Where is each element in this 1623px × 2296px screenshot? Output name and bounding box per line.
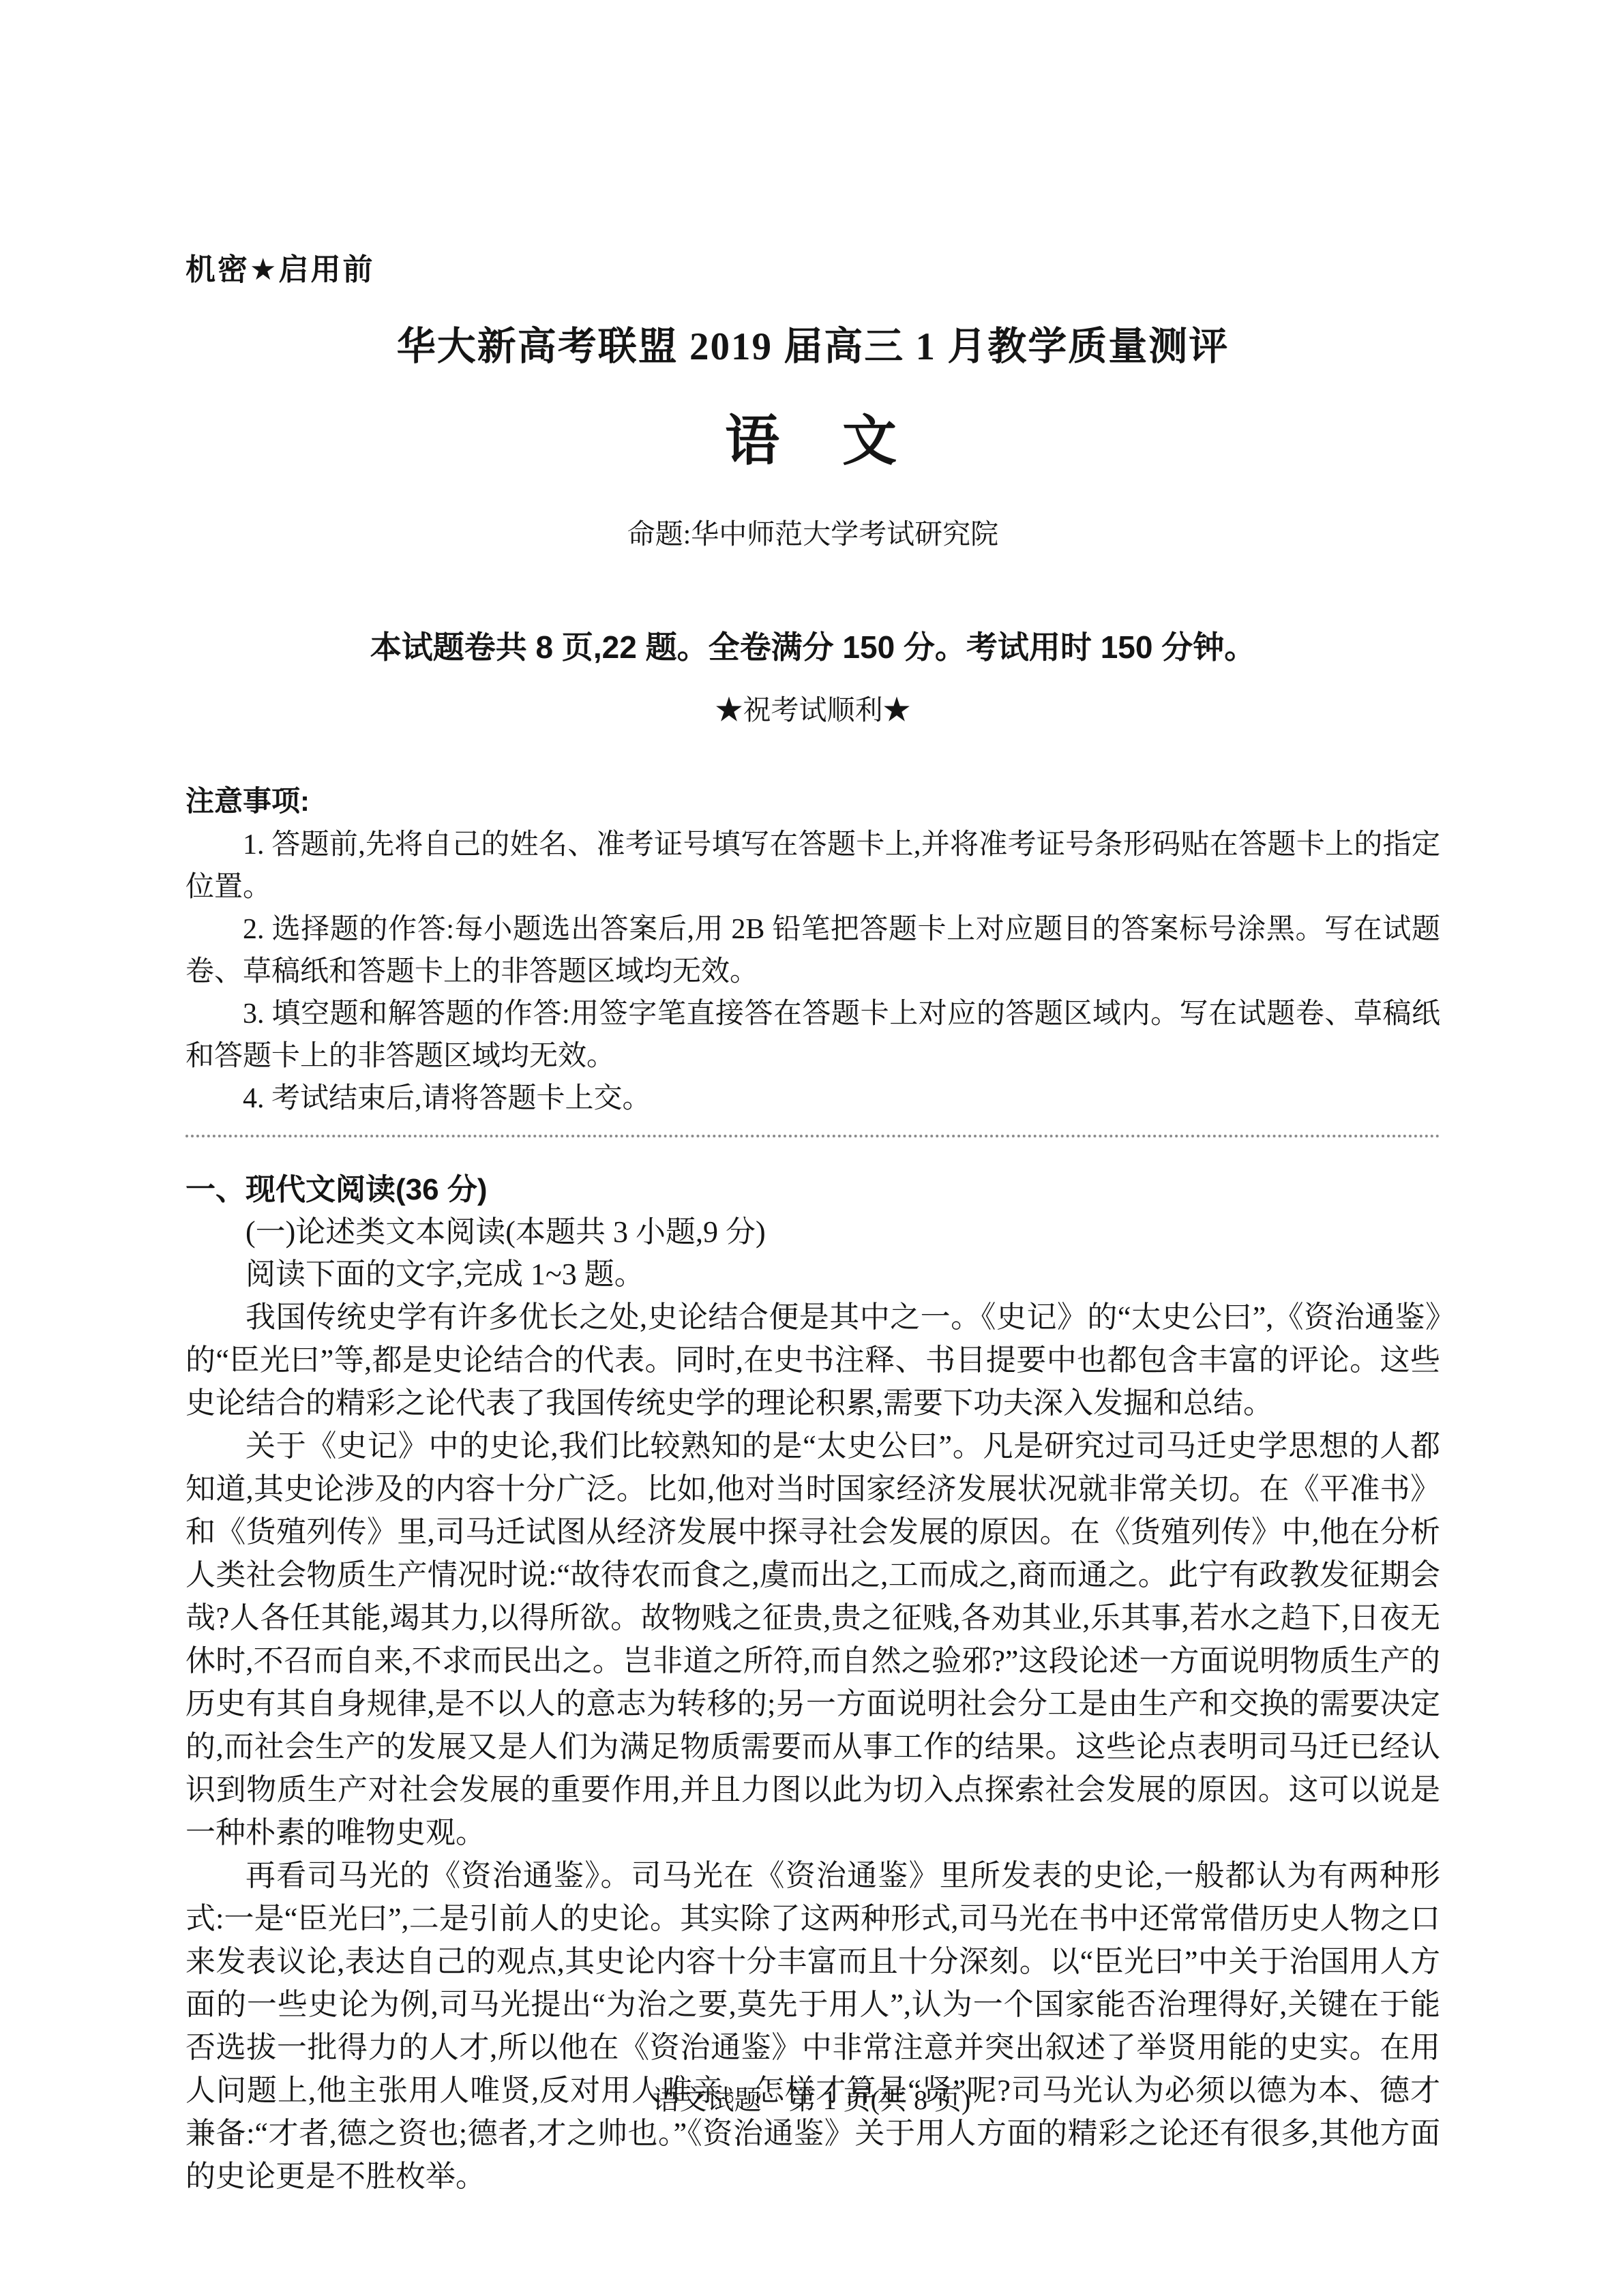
- blessing-line: ★祝考试顺利★: [185, 694, 1440, 726]
- passage-paragraph-2: 关于《史记》中的史论,我们比较熟知的是“太史公曰”。凡是研究过司马迁史学思想的人…: [185, 1425, 1440, 1854]
- notices-block: 注意事项: 1. 答题前,先将自己的姓名、准考证号填写在答题卡上,并将准考证号条…: [185, 786, 1440, 1120]
- exam-title: 华大新高考联盟 2019 届高三 1 月教学质量测评: [185, 326, 1440, 368]
- notice-item-1: 1. 答题前,先将自己的姓名、准考证号填写在答题卡上,并将准考证号条形码贴在答题…: [185, 824, 1440, 908]
- notice-item-3: 3. 填空题和解答题的作答:用签字笔直接答在答题卡上对应的答题区域内。写在试题卷…: [185, 993, 1440, 1077]
- confidential-marking: 机密★启用前: [185, 254, 1440, 286]
- page-number-footer: 语文试题 第 1 页(共 8 页): [0, 2085, 1623, 2115]
- section-subheading: (一)论述类文本阅读(本题共 3 小题,9 分): [185, 1211, 1440, 1253]
- passage-paragraph-1: 我国传统史学有许多优长之处,史论结合便是其中之一。《史记》的“太史公曰”,《资治…: [185, 1296, 1440, 1425]
- proposer-line: 命题:华中师范大学考试研究院: [185, 518, 1440, 550]
- exam-paper-page: 机密★启用前 华大新高考联盟 2019 届高三 1 月教学质量测评 语 文 命题…: [0, 0, 1623, 2296]
- dotted-divider: [185, 1135, 1440, 1137]
- section-heading: 一、现代文阅读(36 分): [185, 1173, 1440, 1207]
- notice-item-2: 2. 选择题的作答:每小题选出答案后,用 2B 铅笔把答题卡上对应题目的答案标号…: [185, 908, 1440, 993]
- passage-paragraph-3: 再看司马光的《资治通鉴》。司马光在《资治通鉴》里所发表的史论,一般都认为有两种形…: [185, 1854, 1440, 2198]
- notice-item-4: 4. 考试结束后,请将答题卡上交。: [185, 1077, 1440, 1120]
- subject-title: 语 文: [185, 413, 1440, 471]
- notices-heading: 注意事项:: [185, 786, 1440, 817]
- reading-instruction: 阅读下面的文字,完成 1~3 题。: [185, 1253, 1440, 1296]
- exam-info-line: 本试题卷共 8 页,22 题。全卷满分 150 分。考试用时 150 分钟。: [185, 630, 1440, 664]
